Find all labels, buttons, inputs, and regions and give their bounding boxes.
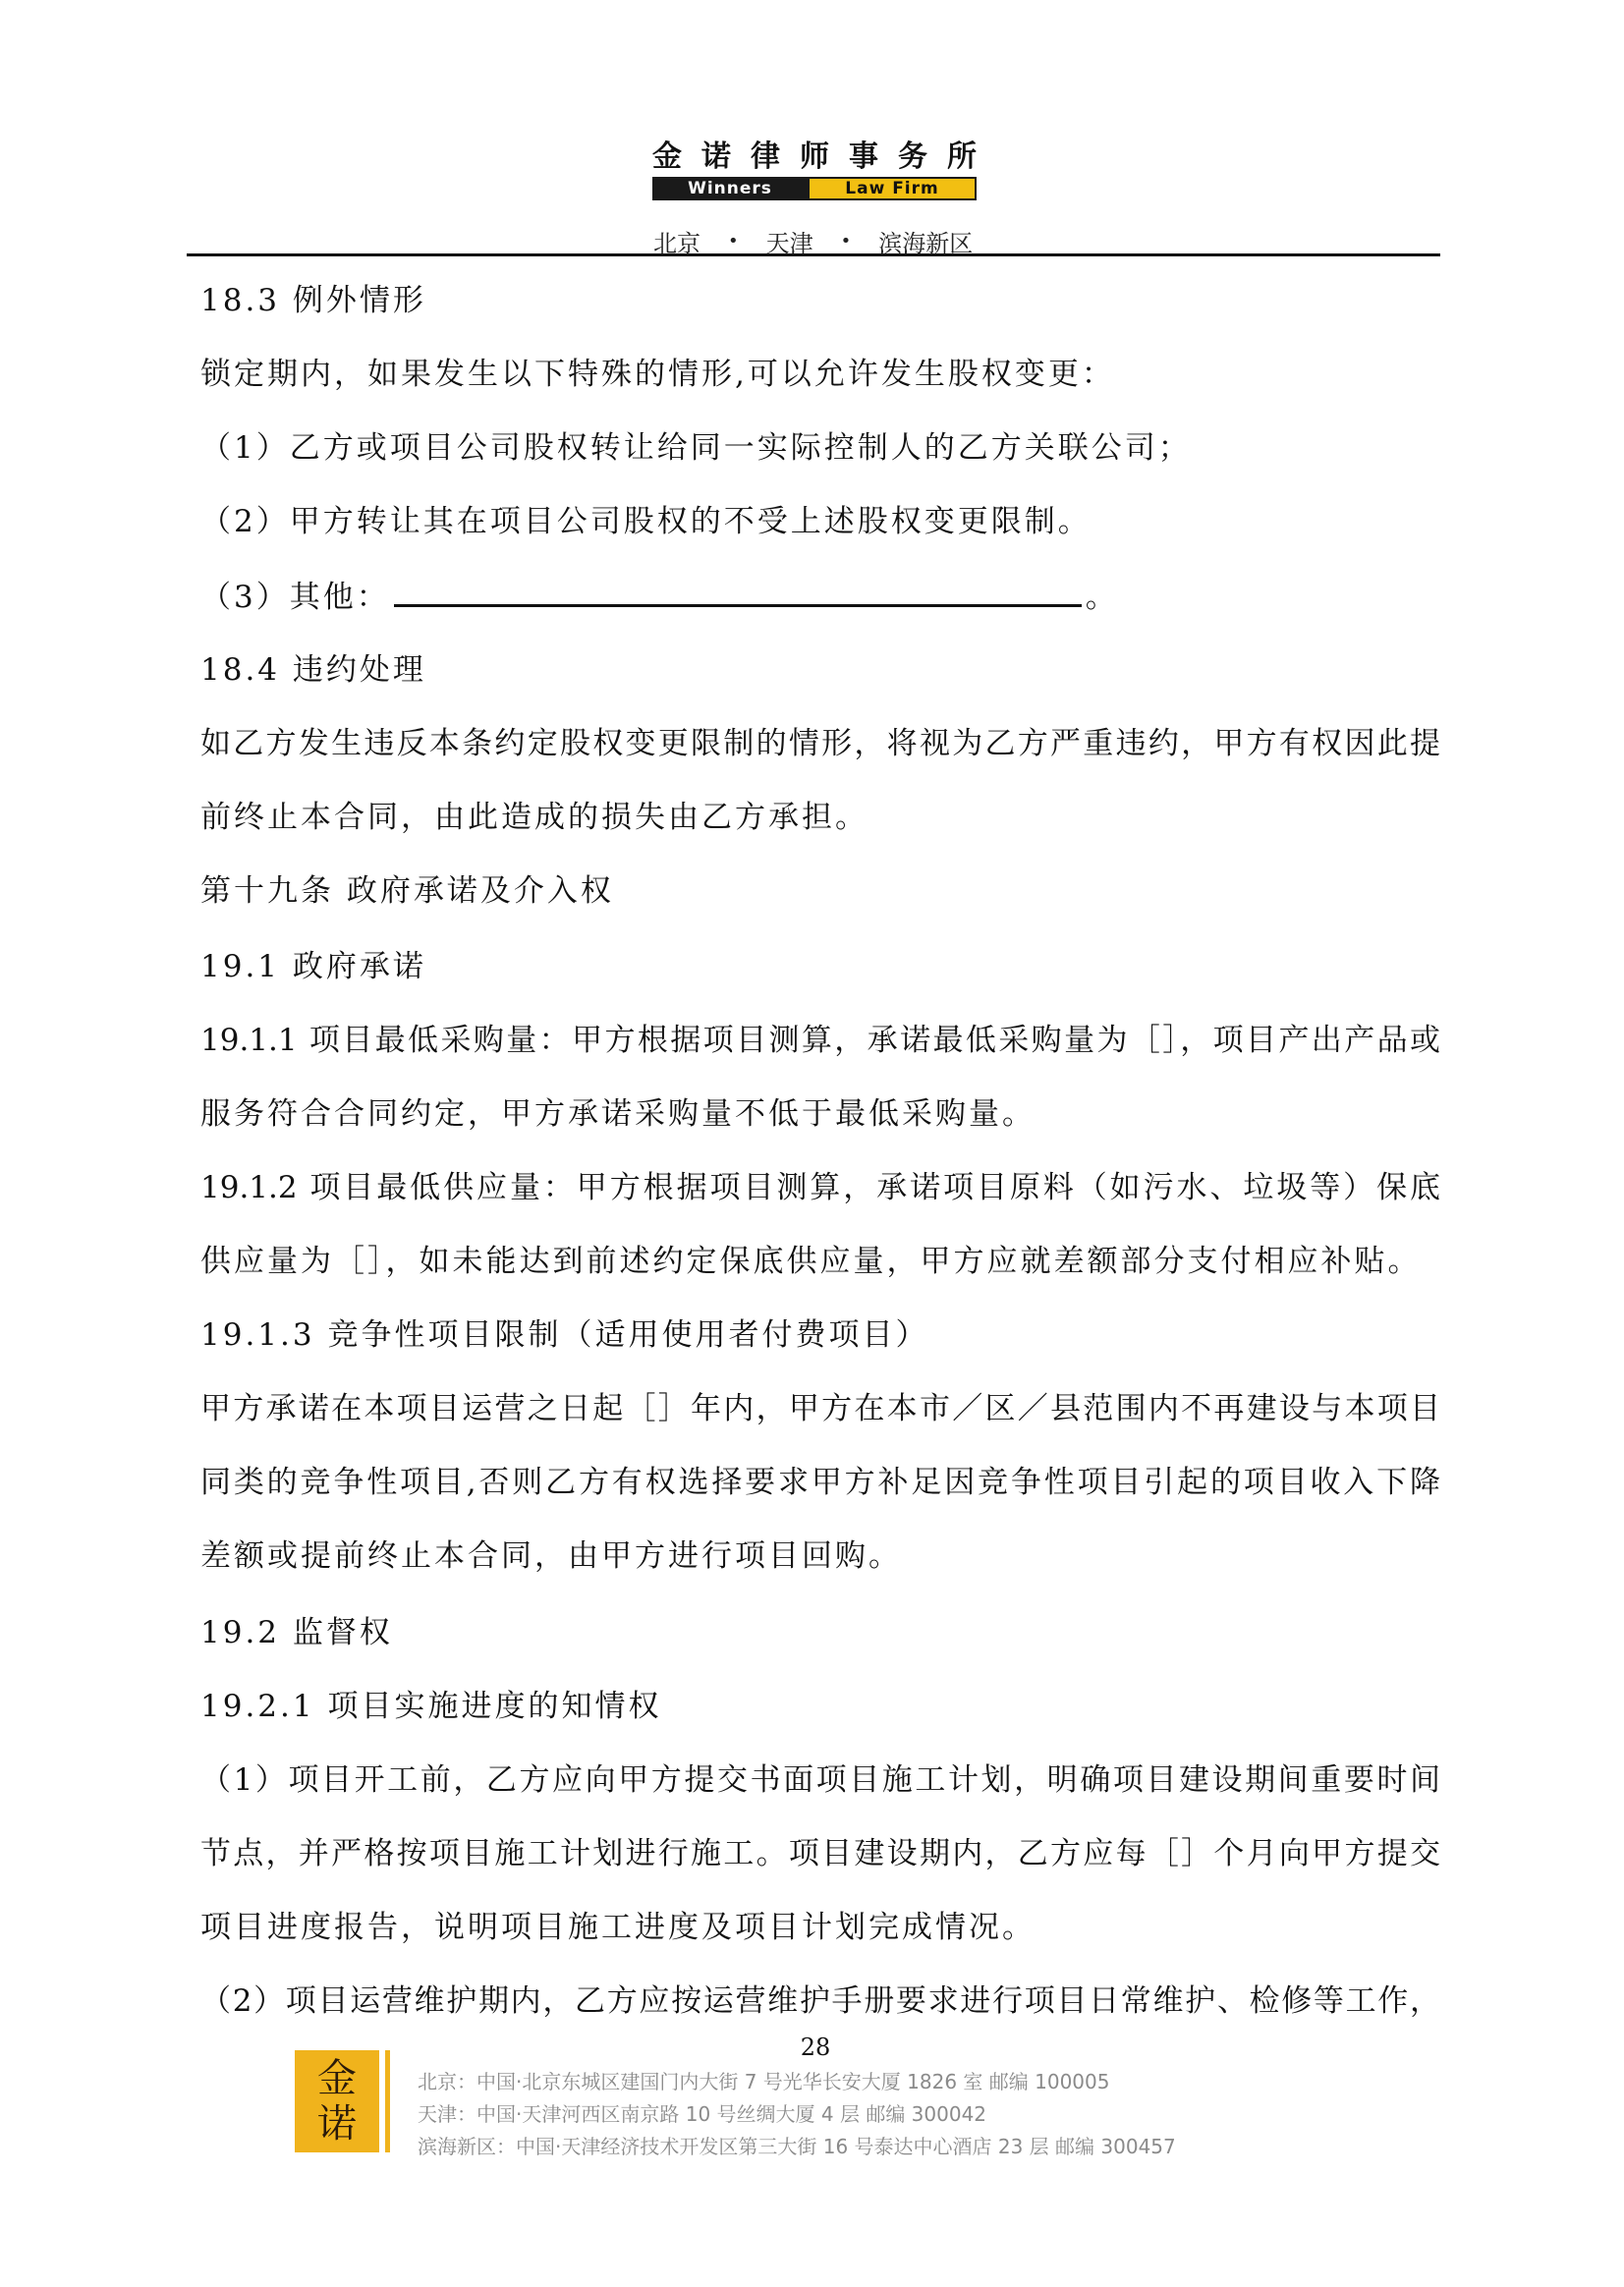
fill-in-label: （3）其他： xyxy=(200,580,390,615)
text-line: 第十九条 政府承诺及介入权 xyxy=(200,871,614,911)
text-line: （1）项目开工前，乙方应向甲方提交书面项目施工计划，明确项目建设期间重要时间 xyxy=(200,1760,1440,1800)
logo-char: 所 xyxy=(947,139,977,175)
text-line: 19.1.1 项目最低采购量：甲方根据项目测算，承诺最低采购量为［］，项目产出产… xyxy=(200,1021,1440,1060)
text-line: 如乙方发生违反本条约定股权变更限制的情形，将视为乙方严重违约，甲方有权因此提 xyxy=(200,724,1440,763)
firm-logo-chinese: 金 诺 律 师 事 务 所 xyxy=(652,139,977,175)
text-line: 服务符合合同约定，甲方承诺采购量不低于最低采购量。 xyxy=(200,1094,1036,1134)
text-line: 19.1.2 项目最低供应量：甲方根据项目测算，承诺项目原料（如污水、垃圾等）保… xyxy=(200,1168,1440,1207)
text-line: （2）甲方转让其在项目公司股权的不受上述股权变更限制。 xyxy=(200,502,1092,541)
header-cities: 北京 • 天津 • 滨海新区 xyxy=(653,226,987,255)
text-line: 19.1.3 竞争性项目限制（适用使用者付费项目） xyxy=(200,1315,928,1355)
bullet-separator: • xyxy=(728,231,739,251)
bullet-separator: • xyxy=(841,231,852,251)
text-line: 锁定期内，如果发生以下特殊的情形,可以允许发生股权变更： xyxy=(200,355,1115,394)
logo-winners: Winners xyxy=(652,177,808,200)
text-line: （2）项目运营维护期内，乙方应按运营维护手册要求进行项目日常维护、检修等工作， xyxy=(200,1981,1440,2021)
logo-char: 务 xyxy=(898,139,927,175)
fill-in-line: （3）其他：。 xyxy=(200,578,1119,617)
fill-in-suffix: 。 xyxy=(1086,580,1119,615)
logo-char: 律 xyxy=(751,139,780,175)
address-binhai: 滨海新区：中国·天津经济技术开发区第三大街 16 号泰达中心酒店 23 层 邮编… xyxy=(418,2131,1176,2159)
text-line: 节点，并严格按项目施工计划进行施工。项目建设期内，乙方应每［］个月向甲方提交 xyxy=(200,1834,1440,1873)
logo-char: 金 xyxy=(652,139,682,175)
address-beijing: 北京：中国·北京东城区建国门内大街 7 号光华长安大厦 1826 室 邮编 10… xyxy=(418,2066,1109,2094)
text-line: 19.1 政府承诺 xyxy=(200,947,426,986)
page-number: 28 xyxy=(786,2034,845,2061)
logo-char: 事 xyxy=(849,139,878,175)
text-line: 18.3 例外情形 xyxy=(200,281,426,320)
address-tianjin: 天津：中国·天津河西区南京路 10 号丝绸大厦 4 层 邮编 300042 xyxy=(418,2098,986,2127)
text-line: 18.4 违约处理 xyxy=(200,650,426,690)
footer-logo-glyph: 诺 xyxy=(317,2101,357,2147)
text-line: 19.2.1 项目实施进度的知情权 xyxy=(200,1687,661,1726)
text-line: 差额或提前终止本合同，由甲方进行项目回购。 xyxy=(200,1536,902,1576)
text-line: 甲方承诺在本项目运营之日起［］年内，甲方在本市／区／县范围内不再建设与本项目 xyxy=(200,1389,1440,1428)
footer-logo-bar xyxy=(385,2050,390,2152)
text-line: （1）乙方或项目公司股权转让给同一实际控制人的乙方关联公司； xyxy=(200,428,1192,468)
footer-logo: 金 诺 xyxy=(295,2050,379,2152)
header-divider xyxy=(187,253,1440,256)
logo-char: 诺 xyxy=(701,139,731,175)
firm-logo-english: Winners Law Firm xyxy=(652,177,977,200)
logo-char: 师 xyxy=(800,139,829,175)
text-line: 项目进度报告，说明项目施工进度及项目计划完成情况。 xyxy=(200,1908,1036,1947)
text-line: 供应量为［］，如未能达到前述约定保底供应量，甲方应就差额部分支付相应补贴。 xyxy=(200,1242,1422,1281)
text-line: 前终止本合同，由此造成的损失由乙方承担。 xyxy=(200,798,868,837)
logo-law-firm: Law Firm xyxy=(808,177,977,200)
text-line: 同类的竞争性项目,否则乙方有权选择要求甲方补足因竞争性项目引起的项目收入下降 xyxy=(200,1463,1440,1502)
fill-in-blank[interactable] xyxy=(394,579,1082,607)
footer-logo-glyph: 金 xyxy=(317,2056,357,2101)
text-line: 19.2 监督权 xyxy=(200,1613,393,1652)
